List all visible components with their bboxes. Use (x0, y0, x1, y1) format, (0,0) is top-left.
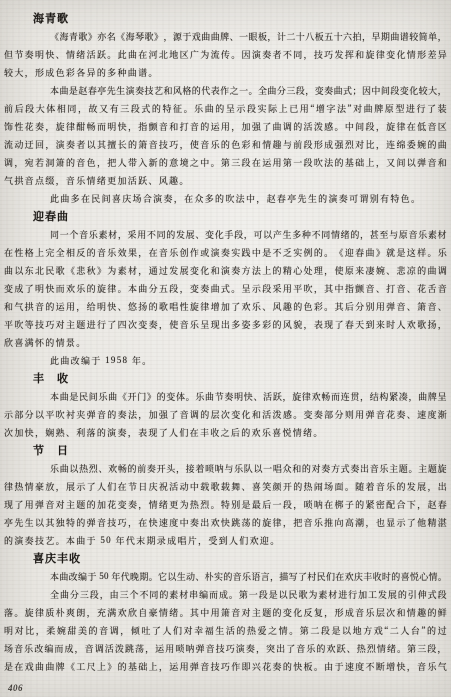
glyph: 十 (334, 30, 343, 43)
glyph: 低 (417, 120, 426, 133)
glyph: 奏 (246, 642, 255, 655)
glyph: 二 (390, 624, 399, 637)
glyph: 板 (315, 30, 324, 43)
glyph: 凑 (399, 390, 408, 403)
text-line: 同一个音乐素材，采用不同的发展、变化手段，可以产生多种不同情绪的，甚至与原音乐素… (4, 225, 447, 243)
glyph: 不 (273, 246, 282, 259)
glyph: 现 (211, 318, 220, 331)
glyph: 主 (252, 606, 261, 619)
document-text: 海青歌《海青歌》亦名《海琴歌》，源于戏曲曲牌、一眼板，计二十八板五十六拍，早期曲… (4, 9, 447, 675)
glyph: 有 (110, 102, 119, 115)
glyph: 乐 (306, 642, 315, 655)
glyph: 段 (427, 642, 436, 655)
glyph: 年 (132, 354, 141, 367)
glyph: 化 (396, 48, 405, 61)
glyph: 材 (179, 588, 188, 601)
glyph: 感 (324, 120, 333, 133)
glyph: 格 (182, 84, 191, 97)
glyph: 颤 (355, 282, 364, 295)
text-line: 现了用弹音对主题的加花变奏，情绪更为热烈。特别是最后一段，唢呐在梆子的紧密配合下… (4, 495, 447, 513)
glyph: 化 (242, 408, 251, 421)
glyph: 奏 (190, 516, 199, 529)
glyph: 第 (239, 588, 248, 601)
glyph: 形 (335, 606, 344, 619)
glyph: 加 (358, 588, 367, 601)
glyph: 色 (56, 66, 65, 79)
glyph: ， (138, 246, 147, 259)
glyph: 对 (15, 624, 24, 637)
glyph: 吹 (314, 156, 323, 169)
glyph: 前 (137, 462, 146, 475)
glyph: 三 (120, 102, 129, 115)
glyph: 一 (273, 498, 282, 511)
glyph: 曲 (273, 120, 282, 133)
glyph: 唢 (304, 498, 313, 511)
glyph: 旋 (97, 282, 106, 295)
glyph: 传 (221, 48, 230, 61)
glyph: 多 (71, 192, 80, 205)
glyph: 风 (159, 174, 168, 187)
glyph: 段 (259, 588, 268, 601)
glyph: 奏 (273, 660, 282, 673)
glyph: 旋 (190, 300, 199, 313)
glyph: 用 (283, 282, 292, 295)
glyph: 题 (76, 498, 85, 511)
glyph: 牌 (428, 390, 437, 403)
glyph: 分 (355, 300, 364, 313)
glyph: 的 (293, 300, 302, 313)
glyph: 材 (328, 588, 337, 601)
glyph: 中 (246, 192, 255, 205)
glyph: 情 (293, 426, 302, 439)
text-line: 流动迂回，演奏者以其擅长的箫音技巧，使音乐的色彩和情趣与前段形成强烈对比，连绵委… (4, 135, 447, 153)
glyph: 格 (25, 246, 34, 259)
glyph: 乐 (24, 642, 33, 655)
glyph: 奏 (128, 498, 137, 511)
glyph: 乐 (195, 390, 204, 403)
glyph: 代 (201, 84, 210, 97)
glyph: 次 (221, 408, 230, 421)
glyph: 来 (376, 318, 385, 331)
glyph: 平 (4, 318, 13, 331)
glyph: 绪 (303, 426, 312, 439)
glyph: 变 (190, 282, 199, 295)
glyph: 同 (50, 228, 59, 241)
glyph: 的 (417, 264, 426, 277)
glyph: 律 (396, 120, 405, 133)
glyph: 0 (104, 571, 109, 581)
glyph: 不 (139, 588, 148, 601)
glyph: 》 (147, 390, 156, 403)
glyph: 心 (293, 264, 302, 277)
glyph: 热 (357, 642, 366, 655)
glyph: 《 (335, 246, 344, 259)
glyph: 新 (149, 156, 158, 169)
glyph: 奏 (117, 426, 126, 439)
glyph: 曲 (390, 30, 399, 43)
glyph: 相 (66, 246, 75, 259)
glyph: ， (408, 390, 417, 403)
glyph: 对 (353, 102, 362, 115)
glyph: 而 (54, 642, 63, 655)
section-heading: 海青歌 (4, 9, 447, 27)
glyph: 演 (14, 534, 23, 547)
glyph: 较 (409, 30, 418, 43)
glyph: 朗 (76, 606, 85, 619)
glyph: 。 (229, 588, 238, 601)
glyph: ， (305, 84, 314, 97)
glyph: 以 (279, 588, 288, 601)
glyph: 曲 (60, 588, 69, 601)
glyph: 段 (242, 156, 251, 169)
glyph: 结 (370, 390, 379, 403)
glyph: 实 (231, 246, 240, 259)
glyph: 怀 (35, 336, 44, 349)
glyph: 演 (328, 192, 337, 205)
glyph: 的 (87, 282, 96, 295)
glyph: 音 (180, 318, 189, 331)
glyph: 婉 (57, 624, 66, 637)
glyph: 奏 (262, 48, 271, 61)
text-line: 此曲多在民间喜庆场合演奏，在众多的吹法中，赵春亭先生的演奏可谓别有特色。 (4, 189, 447, 207)
glyph: 曲 (201, 30, 210, 43)
glyph: 曲 (418, 390, 427, 403)
glyph: 们 (179, 426, 188, 439)
glyph: 烈 (367, 642, 376, 655)
glyph: 创 (180, 246, 189, 259)
glyph: 门 (137, 390, 146, 403)
glyph: 喜 (14, 336, 23, 349)
glyph: 了 (231, 300, 240, 313)
glyph: 歌 (417, 318, 426, 331)
glyph: ， (174, 192, 183, 205)
glyph: 收 (210, 426, 219, 439)
glyph: 的 (215, 192, 224, 205)
glyph: 人 (396, 318, 405, 331)
glyph: 花 (25, 120, 34, 133)
glyph: 对 (355, 138, 364, 151)
glyph: 展 (388, 588, 397, 601)
glyph: 北 (159, 48, 168, 61)
glyph: 歌 (298, 588, 307, 601)
glyph: 演 (221, 264, 230, 277)
glyph: 的 (316, 642, 325, 655)
glyph: 音 (190, 120, 199, 133)
glyph: 出 (200, 516, 209, 529)
glyph: 同 (321, 228, 330, 241)
glyph: ， (176, 462, 185, 475)
glyph: 此 (50, 192, 59, 205)
glyph: 进 (338, 588, 347, 601)
glyph: 六 (343, 30, 352, 43)
glyph: 曲 (365, 246, 374, 259)
glyph: 其 (45, 516, 54, 529)
glyph: 凄 (365, 264, 374, 277)
glyph: 呐 (314, 498, 323, 511)
glyph: 情 (56, 336, 65, 349)
glyph: 出 (221, 318, 230, 331)
glyph: 点 (35, 174, 44, 187)
text-line: 饰性花奏，旋律酣畅而明快，指颤音和打音的运用，加强了曲调的活泼感。中间段，旋律在… (4, 117, 447, 135)
glyph: 开 (128, 390, 137, 403)
glyph: 成 (64, 642, 73, 655)
glyph: 等 (25, 318, 34, 331)
glyph: 由 (324, 660, 333, 673)
glyph: 的 (215, 102, 224, 115)
glyph: 不 (312, 228, 321, 241)
glyph: 异 (87, 66, 96, 79)
glyph: 呐 (215, 462, 224, 475)
glyph: ， (244, 228, 253, 241)
glyph: ， (118, 228, 127, 241)
glyph: 旋 (262, 516, 271, 529)
glyph: ， (256, 642, 265, 655)
glyph: 开 (157, 462, 166, 475)
glyph: 快 (45, 282, 54, 295)
glyph: 9 (111, 355, 116, 365)
glyph: 曲 (267, 84, 276, 97)
glyph: 调 (4, 156, 13, 169)
glyph: 由 (110, 588, 119, 601)
glyph: 是 (331, 624, 340, 637)
glyph: 式 (221, 282, 230, 295)
glyph: 。 (179, 174, 188, 187)
glyph: 欢 (345, 570, 354, 583)
glyph: 以 (35, 516, 44, 529)
glyph: 三 (231, 156, 240, 169)
glyph: 欣 (128, 606, 137, 619)
glyph: 烈 (200, 498, 209, 511)
text-line: 本曲改编于 50 年代晚期。它以生动、朴实的音乐语言，描写了村民们在欢庆丰收时的… (4, 567, 447, 585)
glyph: 流 (4, 138, 13, 151)
glyph: 鲜 (438, 606, 447, 619)
glyph: 材 (438, 228, 447, 241)
glyph: 强 (159, 408, 168, 421)
glyph: 的 (157, 390, 166, 403)
glyph: 、 (118, 300, 127, 313)
glyph: ， (376, 120, 385, 133)
glyph: 主 (389, 462, 398, 475)
glyph: 分 (149, 282, 158, 295)
glyph: 手 (224, 228, 233, 241)
glyph: 在 (138, 48, 147, 61)
glyph: 用 (137, 228, 146, 241)
glyph: 跃 (138, 174, 147, 187)
glyph: 、 (438, 300, 447, 313)
glyph: 活 (304, 120, 313, 133)
glyph: 展 (186, 228, 195, 241)
glyph: 欢 (118, 606, 127, 619)
glyph: 变 (231, 408, 240, 421)
glyph: 理 (314, 264, 323, 277)
glyph: 琴 (135, 30, 144, 43)
glyph: 乐 (242, 570, 251, 583)
glyph: 段 (234, 228, 243, 241)
glyph: 吹 (225, 192, 234, 205)
glyph: 速 (159, 516, 168, 529)
glyph: 作 (220, 84, 229, 97)
glyph: 突 (266, 642, 275, 655)
glyph (97, 535, 99, 545)
glyph: 紧 (365, 498, 374, 511)
glyph: 歌 (145, 30, 154, 43)
glyph: ， (159, 660, 168, 673)
text-line: 律热情豪放，展示了人们在节日庆祝活动中载歌载舞、喜笑颜开的热闹场面。随着音乐的发… (4, 477, 447, 495)
glyph: 源 (173, 30, 182, 43)
glyph: 构 (379, 390, 388, 403)
glyph: ， (283, 390, 292, 403)
glyph: 回 (35, 138, 44, 151)
glyph: 是 (4, 660, 13, 673)
glyph: 的 (200, 408, 209, 421)
text-line: 调，宛若洞箫的音色，把人带入新的意境之中。第三段在运用第一段吹法的基础上，又间以… (4, 153, 447, 171)
glyph: 这 (407, 246, 416, 259)
glyph: 绪 (387, 642, 396, 655)
glyph: 展 (417, 480, 426, 493)
glyph: 擅 (107, 138, 116, 151)
glyph: 气 (14, 300, 23, 313)
glyph: 原 (345, 264, 354, 277)
glyph: 欢 (252, 426, 261, 439)
glyph: 旋 (438, 462, 447, 475)
glyph: 分 (335, 408, 344, 421)
glyph: 出 (438, 480, 447, 493)
glyph: 的 (149, 300, 158, 313)
glyph: 曲 (59, 84, 68, 97)
text-line: 变成了明快而欢乐的旋律。本曲分五段，变奏曲式。呈示段采用平吹，其中指颤音、打音、… (4, 279, 447, 297)
glyph: 快 (244, 390, 253, 403)
glyph: 音 (180, 408, 189, 421)
glyph: 、 (148, 174, 157, 187)
glyph: 衬 (66, 408, 75, 421)
glyph: 色 (231, 138, 240, 151)
glyph: ， (376, 156, 385, 169)
glyph: ， (128, 516, 137, 529)
glyph: 音 (35, 300, 44, 313)
glyph: 层 (211, 408, 220, 421)
glyph: 的 (318, 192, 327, 205)
glyph: 变 (205, 228, 214, 241)
glyph: 在 (4, 246, 13, 259)
glyph (45, 442, 56, 458)
glyph: 音 (365, 282, 374, 295)
glyph: 技 (35, 534, 44, 547)
glyph: 变 (304, 408, 313, 421)
glyph: 。 (14, 606, 23, 619)
glyph: 速 (345, 660, 354, 673)
glyph: “ (310, 103, 314, 113)
glyph: 而 (331, 390, 340, 403)
glyph: ， (314, 282, 323, 295)
glyph: 断 (376, 660, 385, 673)
glyph: 的 (107, 408, 116, 421)
glyph: ， (437, 642, 446, 655)
glyph: 。 (345, 480, 354, 493)
glyph: 又 (99, 102, 108, 115)
glyph: 计 (277, 30, 286, 43)
glyph: 明 (107, 120, 116, 133)
glyph: 期 (146, 534, 155, 547)
glyph: 旋 (386, 120, 395, 133)
glyph: 了 (14, 498, 23, 511)
glyph: 同 (293, 48, 302, 61)
glyph: 乐 (418, 228, 427, 241)
glyph: 用 (66, 300, 75, 313)
glyph: 分 (70, 588, 79, 601)
glyph: 三 (80, 588, 89, 601)
glyph: 加 (221, 300, 230, 313)
glyph: 法 (128, 408, 137, 421)
glyph: ， (270, 570, 279, 583)
glyph: 产 (273, 228, 282, 241)
glyph: 。 (56, 534, 65, 547)
glyph: 花 (107, 498, 116, 511)
glyph: 用 (165, 642, 174, 655)
glyph: 增 (386, 660, 395, 673)
glyph: 的 (391, 570, 400, 583)
text-line: 欣喜满怀的情景。 (4, 333, 447, 351)
glyph: 后 (231, 426, 240, 439)
glyph: 晚 (130, 570, 139, 583)
glyph: 利 (76, 426, 85, 439)
glyph: 热 (304, 480, 313, 493)
glyph: 音 (396, 282, 405, 295)
glyph: 样 (417, 246, 426, 259)
glyph: 快 (45, 48, 54, 61)
glyph: ， (76, 300, 85, 313)
glyph: 了 (298, 570, 307, 583)
glyph: 旋 (292, 390, 301, 403)
glyph: 曲 (211, 30, 220, 43)
glyph: 。 (180, 606, 189, 619)
glyph: ， (56, 480, 65, 493)
glyph: 0 (106, 535, 111, 545)
glyph: 河 (149, 48, 158, 61)
glyph: 巧 (226, 642, 235, 655)
glyph: 人 (118, 156, 127, 169)
glyph: 箫 (56, 156, 65, 169)
glyph: 欢 (312, 390, 321, 403)
glyph: 年 (111, 570, 120, 583)
glyph: 吹 (304, 282, 313, 295)
glyph: 快 (396, 660, 405, 673)
glyph: 境 (180, 156, 189, 169)
glyph: 别 (370, 192, 379, 205)
glyph: 上 (97, 660, 106, 673)
glyph: 而 (97, 120, 106, 133)
glyph: 际 (268, 102, 277, 115)
glyph: 乐 (98, 390, 107, 403)
glyph: 音 (200, 660, 209, 673)
glyph: 喜 (272, 426, 281, 439)
glyph: 录 (157, 534, 166, 547)
glyph: 调 (95, 642, 104, 655)
glyph: ， (365, 516, 374, 529)
glyph: 部 (14, 408, 23, 421)
glyph: 美 (78, 624, 87, 637)
glyph: 跳 (125, 642, 134, 655)
glyph: ， (180, 138, 189, 151)
glyph: 全 (50, 588, 59, 601)
glyph: 》 (376, 246, 385, 259)
glyph: 工 (76, 660, 85, 673)
glyph: 音 (231, 606, 240, 619)
glyph: 甜 (67, 624, 76, 637)
glyph: 发 (176, 228, 185, 241)
glyph: 原 (385, 102, 394, 115)
glyph: 给 (87, 300, 96, 313)
glyph: 朴 (56, 606, 65, 619)
